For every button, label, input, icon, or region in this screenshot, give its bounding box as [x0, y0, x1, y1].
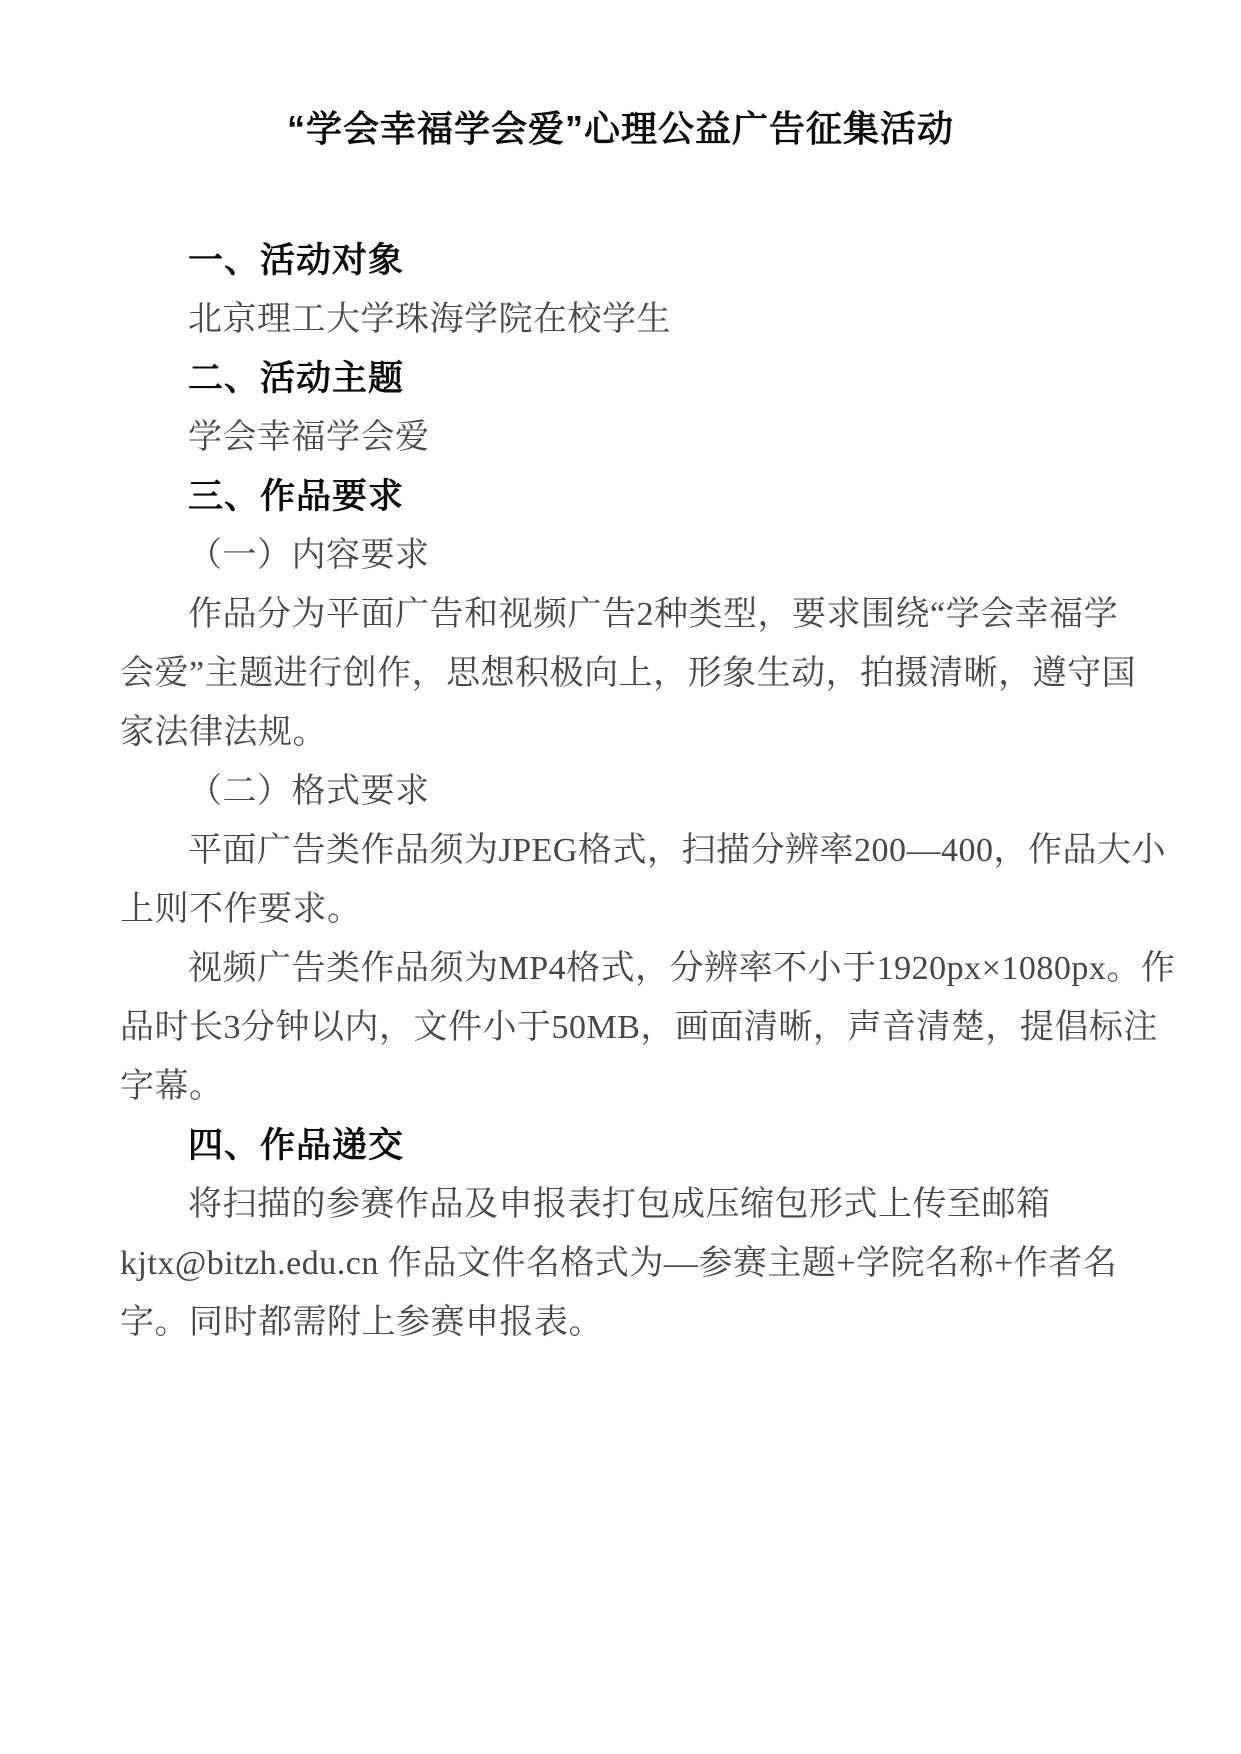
submission-line-3: 字。同时都需附上参赛申报表。 [120, 1293, 1130, 1352]
document-page: “学会幸福学会爱”心理公益广告征集活动 一、活动对象 北京理工大学珠海学院在校学… [0, 0, 1241, 1754]
activity-target-text: 北京理工大学珠海学院在校学生 [120, 290, 1130, 349]
content-requirement-line-2: 会爱”主题进行创作，思想积极向上，形象生动，拍摄清晰，遵守国 [120, 644, 1130, 703]
content-requirement-line-1: 作品分为平面广告和视频广告2种类型，要求围绕“学会幸福学 [120, 585, 1130, 644]
section-3-heading: 三、作品要求 [120, 467, 1130, 526]
document-body: 一、活动对象 北京理工大学珠海学院在校学生 二、活动主题 学会幸福学会爱 三、作… [120, 231, 1130, 1352]
format-requirement-jpeg-line-1: 平面广告类作品须为JPEG格式，扫描分辨率200—400，作品大小 [120, 821, 1130, 880]
section-1-heading: 一、活动对象 [120, 231, 1130, 290]
format-requirement-mp4-line-2: 品时长3分钟以内，文件小于50MB，画面清晰，声音清楚，提倡标注 [120, 998, 1130, 1057]
format-requirement-mp4-line-3: 字幕。 [120, 1057, 1130, 1116]
format-requirement-jpeg-line-2: 上则不作要求。 [120, 880, 1130, 939]
submission-line-2-email: kjtx@bitzh.edu.cn 作品文件名格式为—参赛主题+学院名称+作者名 [120, 1234, 1130, 1293]
section-2-heading: 二、活动主题 [120, 349, 1130, 408]
section-4-heading: 四、作品递交 [120, 1116, 1130, 1175]
activity-theme-text: 学会幸福学会爱 [120, 408, 1130, 467]
subsection-3-2-heading: （二）格式要求 [120, 762, 1130, 821]
content-requirement-line-3: 家法律法规。 [120, 703, 1130, 762]
submission-line-1: 将扫描的参赛作品及申报表打包成压缩包形式上传至邮箱 [120, 1175, 1130, 1234]
subsection-3-1-heading: （一）内容要求 [120, 526, 1130, 585]
format-requirement-mp4-line-1: 视频广告类作品须为MP4格式，分辨率不小于1920px×1080px。作 [120, 939, 1130, 998]
document-title: “学会幸福学会爱”心理公益广告征集活动 [0, 103, 1241, 155]
